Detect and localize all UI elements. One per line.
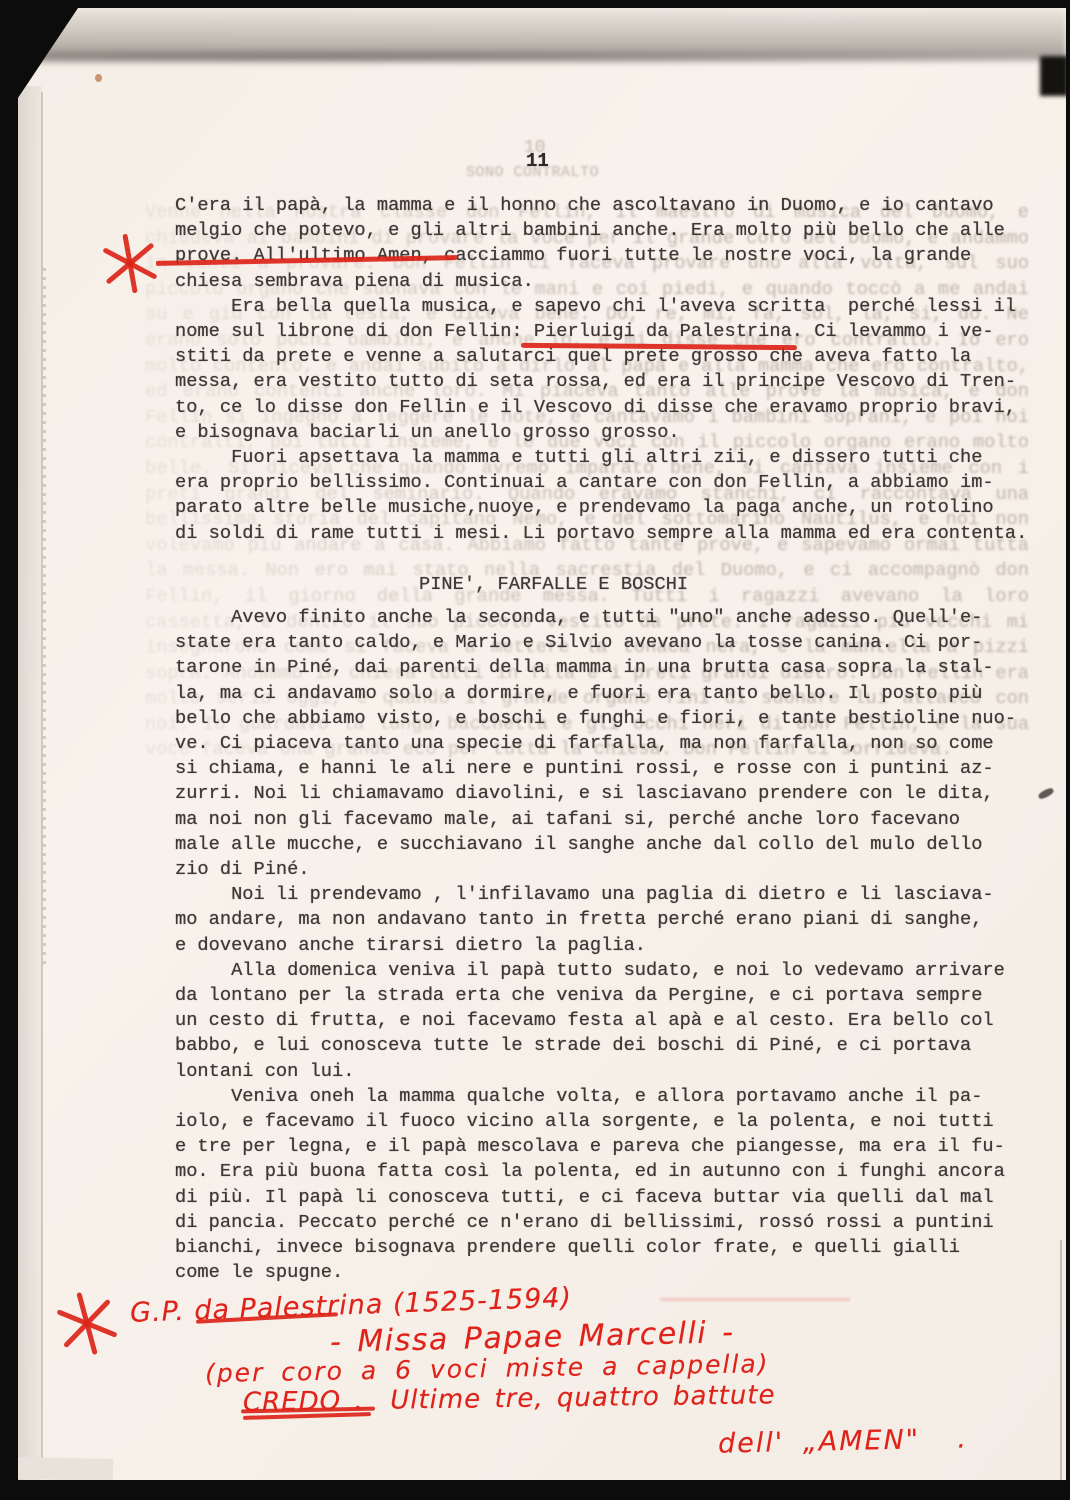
typed-line: male alle mucche, e succhiavano il sangh… (175, 832, 1016, 857)
handwritten-note-amen: dell' „AMEN" . (718, 1423, 969, 1459)
underlying-page-edge (18, 1457, 113, 1481)
typed-text-block-1: C'era il papà, la mamma e il honno che a… (175, 193, 1027, 546)
ink-smudge (1037, 787, 1054, 801)
typed-line: bianchi, invece bisognava prendere quell… (175, 1235, 1016, 1260)
typed-line: Noi li prendevamo , l'infilavamo una pag… (175, 882, 1016, 907)
typed-line: bello che abbiamo visto, e boschi e fung… (175, 706, 1016, 731)
document-page: 10 SONO CONTRALTO Venne nella nostra cla… (18, 8, 1066, 1480)
typed-line: iolo, e facevamo il fuoco vicino alla so… (175, 1109, 1016, 1134)
typed-line: ma noi non gli facevamo male, ai tafani … (175, 807, 1016, 832)
asterisk-mark (55, 1281, 119, 1361)
scan-corner-blob (1040, 56, 1068, 96)
typed-line: da lontano per la strada erta che veniva… (175, 983, 1016, 1008)
typed-text-block-2: Avevo finito anche la seconda, e tutti "… (175, 605, 1016, 1285)
typed-line: tarone in Piné, dai parenti della mamma … (175, 655, 1016, 680)
typed-line: di soldi di rame tutti i mesi. Li portav… (175, 521, 1027, 546)
page-number: 11 (526, 150, 549, 172)
typed-line: di pancia. Peccato perché ce n'erano di … (175, 1210, 1016, 1235)
typed-line: state era tanto caldo, e Mario e Silvio … (175, 630, 1016, 655)
typed-line: mo. Era più buona fatta così la polenta,… (175, 1159, 1016, 1184)
typed-line: to, ce lo disse don Fellin e il Vescovo … (175, 395, 1027, 420)
scan-smudge-streak (18, 50, 1066, 64)
scanned-document: 10 SONO CONTRALTO Venne nella nostra cla… (0, 0, 1070, 1500)
typed-line: C'era il papà, la mamma e il honno che a… (175, 193, 1027, 218)
typed-line: Avevo finito anche la seconda, e tutti "… (175, 605, 1016, 630)
typed-line: e tre per legna, e il papà mescolava e p… (175, 1134, 1016, 1159)
typed-line: Alla domenica veniva il papà tutto sudat… (175, 958, 1016, 983)
typed-line: nome sul librone di don Fellin: Pierluig… (175, 319, 1027, 344)
typed-line: un cesto di frutta, e noi facevamo festa… (175, 1008, 1016, 1033)
section-heading: PINE', FARFALLE E BOSCHI (419, 573, 688, 595)
typed-line: lontani con lui. (175, 1059, 1016, 1084)
typed-line: messa, era vestito tutto di seta rossa, … (175, 369, 1027, 394)
page-edge-crease (1060, 1240, 1062, 1480)
typed-line: Era bella quella musica, e sapevo chi l'… (175, 294, 1027, 319)
typed-line: e bisognava baciarli un anello grosso gr… (175, 420, 1027, 445)
typed-line: babbo, e lui conosceva tutte le strade d… (175, 1033, 1016, 1058)
typed-line: zio di Piné. (175, 857, 1016, 882)
typed-line: Fuori apsettava la mamma e tutti gli alt… (175, 445, 1027, 470)
typed-line: Veniva oneh la mamma qualche volta, e al… (175, 1084, 1016, 1109)
page-crease-marks (43, 268, 46, 968)
ghost-red-underline (660, 1298, 850, 1301)
typed-line: chiesa sembrava piena di musica. (175, 269, 1027, 294)
typed-line: era proprio bellissimo. Continuai a cant… (175, 470, 1027, 495)
typed-line: melgio che potevo, e gli altri bambini a… (175, 218, 1027, 243)
typed-line: mo andare, ma non andavano tanto in fret… (175, 907, 1016, 932)
typed-line: come le spugne. (175, 1260, 1016, 1285)
rust-spot (95, 74, 102, 82)
asterisk-mark (100, 225, 160, 297)
typed-line: si chiama, e hanni le ali nere e puntini… (175, 756, 1016, 781)
typed-line: di più. Il papà li conosceva tutti, e ci… (175, 1185, 1016, 1210)
typed-line: prove. All'ultimo Amen, cacciammo fuori … (175, 243, 1027, 268)
typed-line: la, ma ci andavamo solo a dormire, e fuo… (175, 681, 1016, 706)
typed-line: e dovevano anche tirarsi dietro la pagli… (175, 933, 1016, 958)
page-fold-margin (18, 86, 42, 1480)
typed-line: ve. Ci piaceva tanto una specie di farfa… (175, 731, 1016, 756)
typed-line: zurri. Noi li chiamavamo diavolini, e si… (175, 781, 1016, 806)
typed-line: parato altre belle musiche,nuoye, e pren… (175, 495, 1027, 520)
